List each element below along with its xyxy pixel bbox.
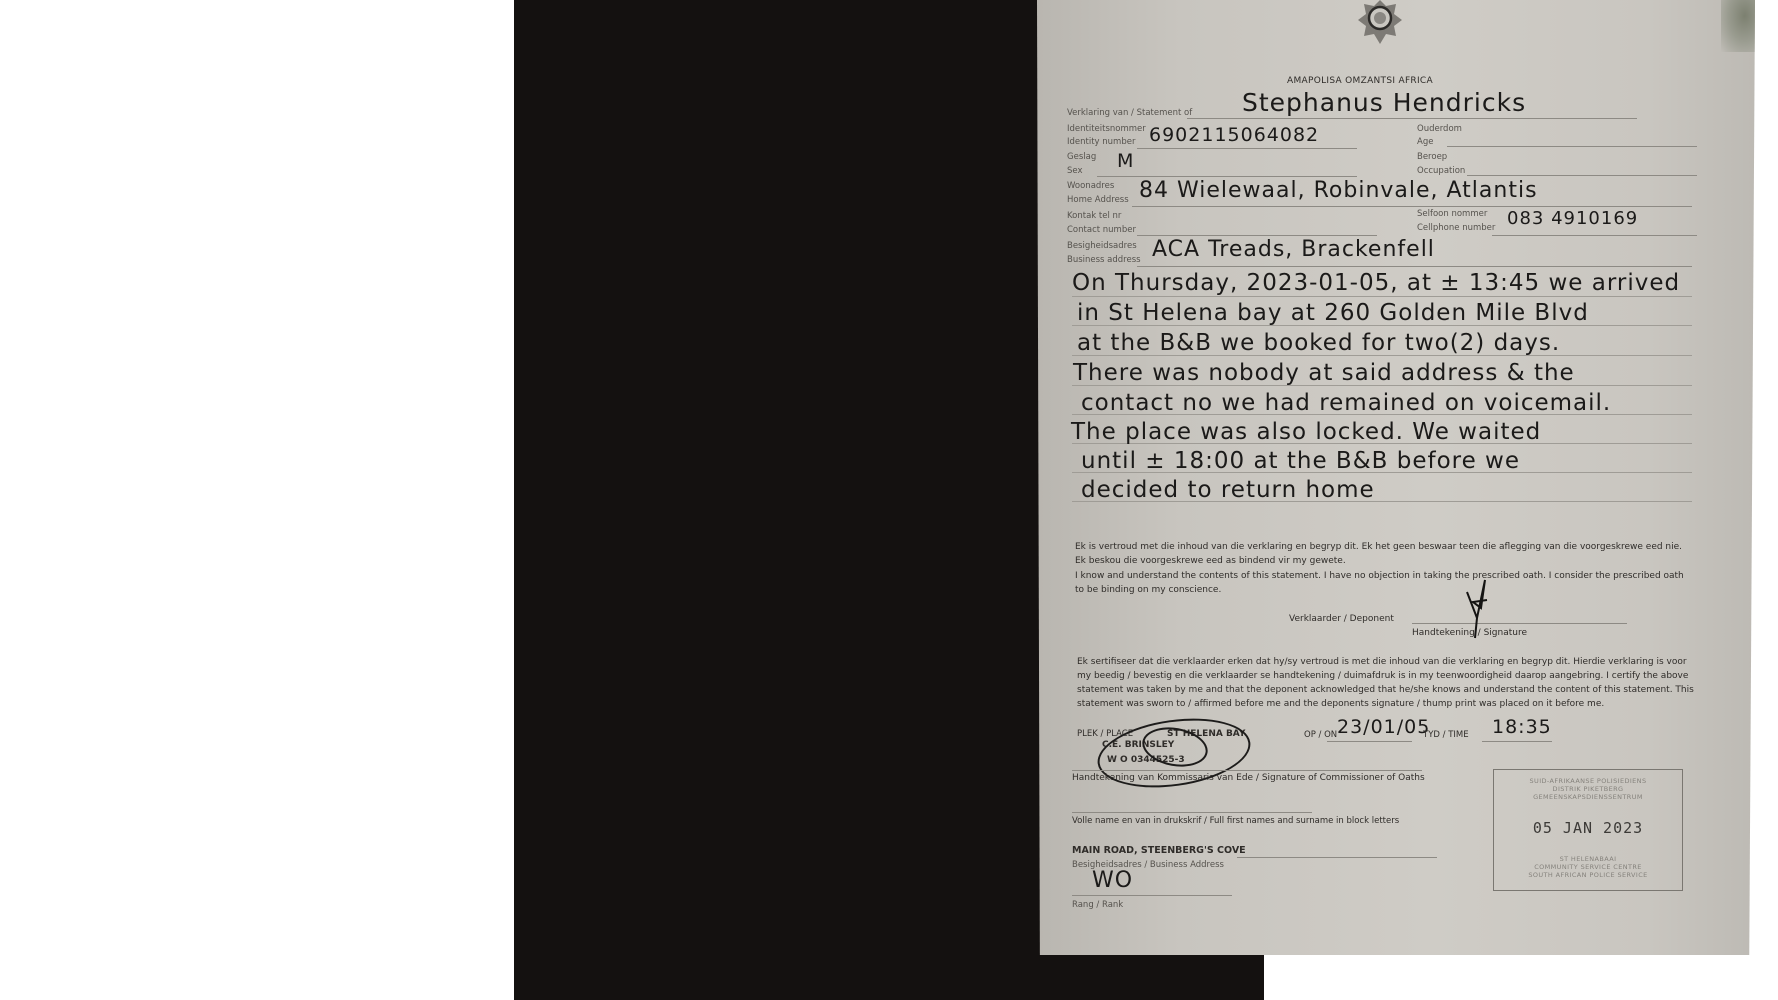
oath-text-af: Ek is vertroud met die inhoud van die ve… — [1075, 540, 1695, 568]
police-date-stamp: SUID-AFRIKAANSE POLISIEDIENS DISTRIK PIK… — [1493, 769, 1683, 891]
oath-text-en: I know and understand the contents of th… — [1075, 569, 1695, 597]
statement-line: The place was also locked. We waited — [1071, 419, 1541, 445]
on-label: OP / ON — [1304, 730, 1337, 740]
sex-label-af: Geslag — [1067, 152, 1096, 162]
paper-stain — [1721, 0, 1755, 52]
time-label: TYD / TIME — [1423, 730, 1469, 740]
contact-label-en: Contact number — [1067, 225, 1136, 235]
document-photo: AMAPOLISA OMZANTSI AFRICA Verklaring van… — [514, 0, 1264, 1000]
statement-form: AMAPOLISA OMZANTSI AFRICA Verklaring van… — [1037, 0, 1755, 955]
business-address-value: ACA Treads, Brackenfell — [1152, 237, 1435, 262]
stamp-line: SUID-AFRIKAANSE POLISIEDIENS — [1494, 777, 1682, 785]
statement-line: in St Helena bay at 260 Golden Mile Blvd — [1077, 300, 1589, 326]
cellphone-label-af: Selfoon nommer — [1417, 209, 1487, 219]
deponent-label: Verklaarder / Deponent — [1289, 614, 1394, 624]
stamp-line: DISTRIK PIKETBERG — [1494, 785, 1682, 793]
statement-line: decided to return home — [1081, 477, 1375, 503]
stamp-line: COMMUNITY SERVICE CENTRE — [1494, 863, 1682, 871]
police-crest-icon — [1350, 0, 1410, 46]
age-label-en: Age — [1417, 137, 1433, 147]
statement-of-value: Stephanus Hendricks — [1242, 88, 1526, 117]
identity-label-en: Identity number — [1067, 137, 1135, 147]
certification-text: Ek sertifiseer dat die verklaarder erken… — [1077, 655, 1697, 711]
occupation-label-af: Beroep — [1417, 152, 1447, 162]
commissioner-business-address: MAIN ROAD, STEENBERG'S COVE — [1072, 845, 1246, 856]
deponent-signature — [1457, 578, 1497, 640]
cellphone-value: 083 4910169 — [1507, 208, 1638, 229]
on-date-value: 23/01/05 — [1337, 716, 1430, 738]
stamp-line: ST HELENABAAI — [1494, 855, 1682, 863]
business-address-label-en: Business address — [1067, 255, 1141, 265]
identity-number-value: 6902115064082 — [1149, 124, 1319, 146]
cellphone-label-en: Cellphone number — [1417, 223, 1495, 233]
statement-line: until ± 18:00 at the B&B before we — [1081, 448, 1520, 474]
business-address-label-af: Besigheidsadres — [1067, 241, 1137, 251]
home-address-label-en: Home Address — [1067, 195, 1129, 205]
statement-line: There was nobody at said address & the — [1073, 360, 1575, 386]
stamp-line: SOUTH AFRICAN POLICE SERVICE — [1494, 871, 1682, 879]
commissioner-label: Handtekening van Kommissaris van Ede / S… — [1072, 773, 1425, 783]
sex-value: M — [1117, 150, 1134, 172]
time-value: 18:35 — [1492, 716, 1552, 738]
occupation-label-en: Occupation — [1417, 166, 1465, 176]
statement-line: contact no we had remained on voicemail. — [1081, 390, 1611, 416]
rank-value: WO — [1092, 868, 1133, 893]
rank-label: Rang / Rank — [1072, 900, 1123, 910]
home-address-label-af: Woonadres — [1067, 181, 1114, 191]
contact-label-af: Kontak tel nr — [1067, 211, 1121, 221]
age-label-af: Ouderdom — [1417, 124, 1462, 134]
form-header: AMAPOLISA OMZANTSI AFRICA — [1287, 76, 1433, 86]
stamp-line: GEMEENSKAPSDIENSSENTRUM — [1494, 793, 1682, 801]
stamp-date: 05 JAN 2023 — [1494, 819, 1682, 837]
statement-line: at the B&B we booked for two(2) days. — [1077, 330, 1560, 356]
identity-label-af: Identiteitsnommer — [1067, 124, 1146, 134]
home-address-value: 84 Wielewaal, Robinvale, Atlantis — [1139, 178, 1538, 203]
full-names-label: Volle name en van in drukskrif / Full fi… — [1072, 816, 1399, 826]
statement-line: On Thursday, 2023-01-05, at ± 13:45 we a… — [1072, 270, 1680, 296]
statement-of-label: Verklaring van / Statement of — [1067, 108, 1192, 118]
sex-label-en: Sex — [1067, 166, 1083, 176]
